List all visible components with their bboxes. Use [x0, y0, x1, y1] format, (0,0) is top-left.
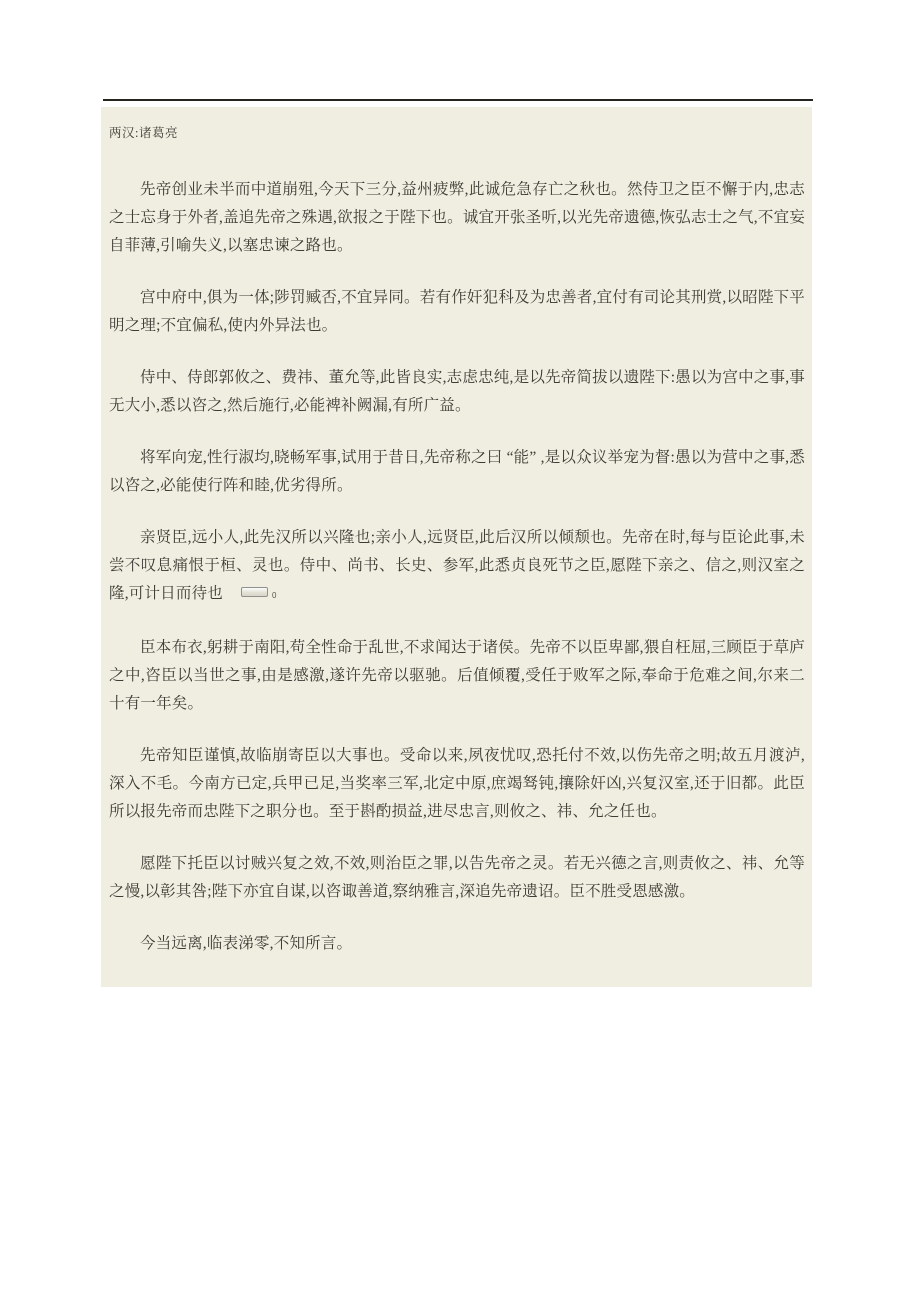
paragraph-5-text: 亲贤臣,远小人,此先汉所以兴隆也;亲小人,远贤臣,此后汉所以倾颓也。先帝在时,每…	[109, 529, 805, 602]
paragraph-9: 今当远离,临表涕零,不知所言。	[109, 930, 805, 958]
top-divider	[103, 99, 813, 101]
embed-box[interactable]: W	[241, 587, 268, 597]
paragraph-1: 先帝创业未半而中道崩殂,今天下三分,益州疲弊,此诚危急存亡之秋也。然侍卫之臣不懈…	[109, 176, 805, 260]
page-root: 两汉:诸葛亮 先帝创业未半而中道崩殂,今天下三分,益州疲弊,此诚危急存亡之秋也。…	[0, 0, 920, 1303]
paragraph-3: 侍中、侍郎郭攸之、费祎、董允等,此皆良实,志虑忠纯,是以先帝简拔以遗陛下:愚以为…	[109, 364, 805, 420]
paragraph-8: 愿陛下托臣以讨贼兴复之效,不效,则治臣之罪,以告先帝之灵。若无兴德之言,则责攸之…	[109, 850, 805, 906]
embed-suffix-label: 0	[272, 591, 276, 600]
paragraph-6: 臣本布衣,躬耕于南阳,苟全性命于乱世,不求闻达于诸侯。先帝不以臣卑鄙,猥自枉屈,…	[109, 634, 805, 718]
paragraph-7: 先帝知臣谨慎,故临崩寄臣以大事也。受命以来,夙夜忧叹,恐托付不效,以伤先帝之明;…	[109, 742, 805, 826]
paragraph-2: 宫中府中,俱为一体;陟罚臧否,不宜异同。若有作奸犯科及为忠善者,宜付有司论其刑赏…	[109, 284, 805, 340]
article-content: 两汉:诸葛亮 先帝创业未半而中道崩殂,今天下三分,益州疲弊,此诚危急存亡之秋也。…	[101, 107, 812, 987]
paragraph-5: 亲贤臣,远小人,此先汉所以兴隆也;亲小人,远贤臣,此后汉所以倾颓也。先帝在时,每…	[109, 524, 805, 610]
byline: 两汉:诸葛亮	[109, 125, 805, 142]
paragraph-4: 将军向宠,性行淑均,晓畅军事,试用于昔日,先帝称之曰 “能” ,是以众议举宠为督…	[109, 444, 805, 500]
inline-embed-widget[interactable]: W0	[241, 585, 276, 602]
